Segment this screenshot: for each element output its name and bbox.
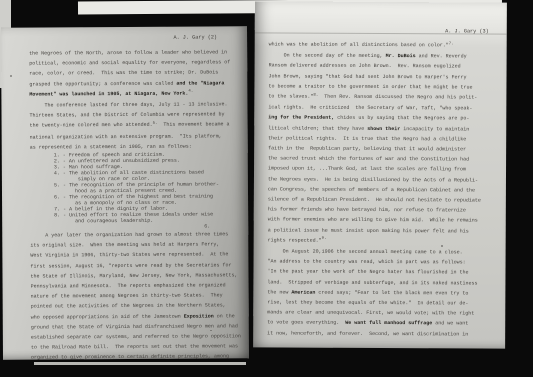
text-segment: nature of the movement among Negroes in … xyxy=(31,293,223,300)
text-segment: the new xyxy=(267,289,291,295)
text-segment: grasped the opportunity; a conference wa… xyxy=(29,80,176,87)
text-segment: a political issue he must insist upon ma… xyxy=(268,227,469,234)
text-segment: Then Rev. Ransom discussed the Negro and… xyxy=(318,94,477,101)
text-segment: rise, lest they become the equals of the… xyxy=(267,299,468,306)
text-segment: to vote goes everything. xyxy=(267,320,345,326)
text-segment: American xyxy=(291,289,315,295)
text-line: with former enemies who are willing to g… xyxy=(268,215,500,226)
left-page: A. J. Gary (2) the Negroes of the North,… xyxy=(1,26,249,359)
text-segment: incapacity to maintain xyxy=(400,126,469,132)
text-segment: as represented in a statement in 1905, r… xyxy=(30,143,192,150)
text-segment: national organization with an extensive … xyxy=(30,133,222,140)
text-segment: Mr. DuBois xyxy=(386,53,416,59)
text-segment: can Congress, the speeches of members of… xyxy=(268,186,475,193)
dust-speck xyxy=(210,330,212,331)
text-segment: who opposed appropriations in aid of the… xyxy=(31,313,184,320)
text-segment: and we want xyxy=(432,321,468,327)
text-segment: its original size. When the meeting was … xyxy=(30,242,219,249)
text-segment: his former friends who have betrayed him… xyxy=(268,207,466,214)
text-line: 'In the past year the work of the Negro … xyxy=(267,267,499,278)
text-segment: Thirteen States, and the District of Col… xyxy=(30,112,225,119)
text-segment: chides us by saying that the Negroes are… xyxy=(334,115,469,122)
text-segment: political, economic and social equality … xyxy=(29,60,230,67)
text-segment: West Virginia in 1906, thirty-two States… xyxy=(30,252,228,259)
text-segment: On August 20,1906 the second annual meet… xyxy=(268,248,463,255)
text-line: grasped the opportunity; a conference wa… xyxy=(29,78,243,90)
text-segment: ing for the President, xyxy=(268,115,334,121)
text-segment: mands are clear and unequivocal. First, … xyxy=(267,310,474,317)
page-edge-sliver-bottom xyxy=(34,362,246,365)
text-segment: first session, August 16, "reports were … xyxy=(30,262,231,269)
text-line: organized to give prominence to certain … xyxy=(31,352,245,360)
text-segment: John Brown, saying "that God had sent Jo… xyxy=(269,73,467,80)
text-segment: the Negroes eyes. He is being disillusio… xyxy=(268,176,478,183)
text-segment: creed says; "Fear to let the black men e… xyxy=(315,290,468,297)
left-page-text: the Negroes of the North, arose to follo… xyxy=(29,47,245,359)
text-segment: "An address to the country was read, whi… xyxy=(268,259,466,266)
text-segment: with former enemies who are willing to g… xyxy=(268,217,478,224)
text-line: the twenty-nine colored men who attended… xyxy=(30,120,244,133)
text-segment: ground that the State of Virginia had di… xyxy=(31,323,238,330)
right-page-text: which was the abolition of all distincti… xyxy=(267,39,501,339)
footnote-marker: 5. xyxy=(153,122,158,126)
text-segment: and the "Niagara xyxy=(176,80,224,86)
text-segment: which was the abolition of all distincti… xyxy=(269,41,449,48)
text-segment: The conference lasted for three days, Ju… xyxy=(29,101,227,108)
text-line: imposed upon it, ...Thank God, at last t… xyxy=(268,164,500,175)
text-segment: silence of a Republican President. He sh… xyxy=(268,196,481,203)
dust-speck xyxy=(441,245,443,247)
text-line: national organization with an extensive … xyxy=(30,131,244,143)
text-segment: A year later the organization had grown … xyxy=(30,231,228,238)
text-segment: faith in the Republican party, believing… xyxy=(268,145,466,152)
text-segment: shown their xyxy=(367,126,400,132)
text-line: Ransom delivered addresses on John Brown… xyxy=(269,61,501,72)
text-segment: We want full manhood suffrage xyxy=(345,320,432,326)
text-line: ing for the President, chides us by sayi… xyxy=(268,113,500,124)
text-segment: organized to give prominence to certain … xyxy=(31,354,229,360)
text-segment: the sacred trust which the fortunes of w… xyxy=(268,156,469,163)
footnote-marker: 9. xyxy=(322,237,327,241)
text-segment: pointed out the activities of the Negroe… xyxy=(31,303,226,310)
text-segment: on the xyxy=(214,313,235,319)
text-segment: Ransom delivered addresses on John Brown… xyxy=(269,63,461,70)
text-segment: to the Railroad Rate bill. The reports s… xyxy=(31,344,238,351)
text-line: it now, henceforth, and forever. Second,… xyxy=(267,328,499,339)
text-segment: Movement" was launched in 1905, at Niaga… xyxy=(29,90,188,97)
text-segment: litical children; that they have xyxy=(268,125,367,132)
text-segment: race, color, or creed. This was the time… xyxy=(29,70,218,77)
text-segment: 'In the past year the work of the Negro … xyxy=(267,269,468,276)
text-segment: to the slaves." xyxy=(268,93,313,99)
dust-speck xyxy=(10,75,12,77)
fold-crease xyxy=(255,32,507,34)
scanned-document-photo: A. J. Gary (2) the Negroes of the North,… xyxy=(0,0,533,377)
text-segment: Exposition xyxy=(184,313,214,319)
text-segment: it now, henceforth, and forever. Second,… xyxy=(267,330,468,337)
text-segment: the State of Illinois, Maryland, New Jer… xyxy=(30,272,237,279)
text-segment: imposed upon it, ...Thank God, at last t… xyxy=(268,166,466,173)
text-segment: land. Stripped of verbiage and subterfug… xyxy=(267,279,477,286)
footnote-marker: 8. xyxy=(313,93,318,97)
right-page: A. J. Gary (3) which was the abolition o… xyxy=(253,1,507,348)
text-segment: their political rights. It is true that … xyxy=(268,135,466,142)
text-segment: to become a traitor to the government in… xyxy=(268,83,472,90)
text-segment: This movement became a xyxy=(157,122,229,128)
text-segment: established separate car systems, and re… xyxy=(31,333,241,340)
text-segment: the Negroes of the North, arose to follo… xyxy=(29,49,227,56)
left-page-header: A. J. Gary (2) xyxy=(29,34,243,41)
footnote-marker: 4. xyxy=(188,90,193,94)
text-segment: Pennsylvania and Minnesota. The reports … xyxy=(31,282,226,289)
text-segment: and Rev. Reverdy xyxy=(416,53,467,59)
footnote-marker: 7. xyxy=(449,42,454,46)
text-segment: On the second day of the meeting, xyxy=(269,53,386,60)
text-segment: ical rights. He criticized the Secretary… xyxy=(268,105,472,112)
text-segment: rights respected." xyxy=(268,237,322,243)
text-segment: the twenty-nine colored men who attended… xyxy=(30,122,153,129)
